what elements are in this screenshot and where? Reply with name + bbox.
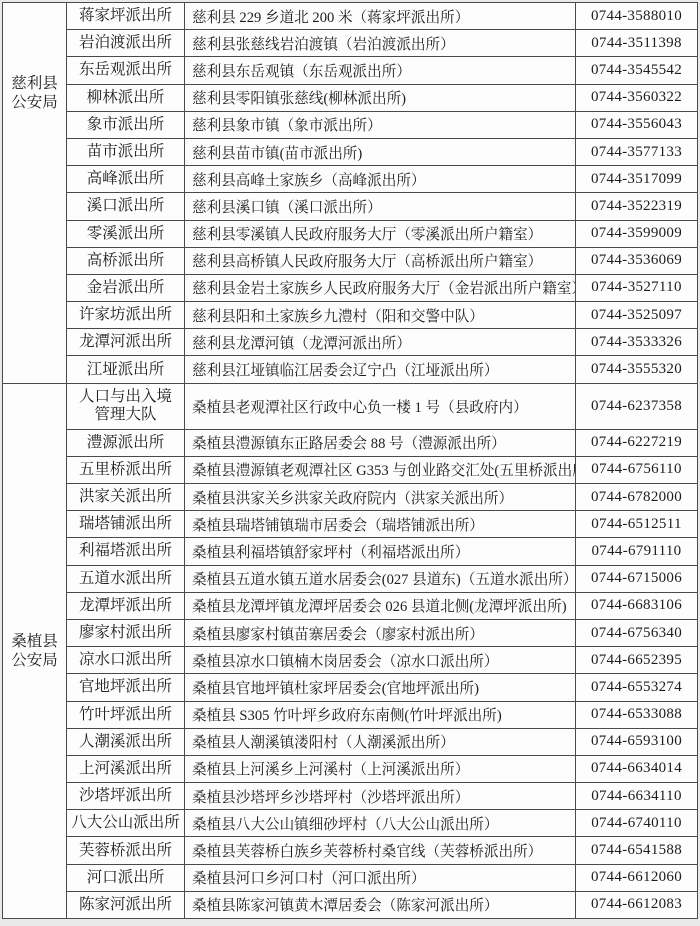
phone-cell-text: 0744-6541588	[591, 842, 682, 859]
address-cell-text: 慈利县零阳镇张慈线(柳林派出所)	[192, 87, 406, 108]
phone-cell: 0744-3545542	[576, 57, 698, 84]
station-cell: 凉水口派出所	[67, 647, 185, 674]
address-cell: 慈利县零阳镇张慈线(柳林派出所)	[185, 85, 576, 112]
station-cell: 象市派出所	[67, 112, 185, 139]
address-cell-text: 慈利县高峰土家族乡（高峰派出所）	[192, 169, 426, 190]
station-cell-text: 八大公山派出所	[71, 814, 180, 832]
address-cell: 慈利县龙潭河镇（龙潭河派出所）	[185, 329, 576, 356]
phone-cell: 0744-3527110	[576, 275, 698, 302]
station-cell-text: 龙潭坪派出所	[79, 597, 172, 615]
bureau-label: 桑植县公安局	[11, 632, 58, 670]
station-cell: 沙塔坪派出所	[67, 783, 185, 810]
address-cell: 桑植县 S305 竹叶坪乡政府东南侧(竹叶坪派出所)	[185, 702, 576, 729]
station-cell: 洪家关派出所	[67, 484, 185, 511]
phone-cell-text: 0744-3525097	[591, 307, 682, 324]
phone-cell: 0744-3511398	[576, 30, 698, 57]
address-cell-text: 桑植县廖家村镇苗寨居委会（廖家村派出所）	[192, 623, 484, 644]
address-cell-text: 慈利县苗市镇(苗市派出所)	[192, 142, 362, 163]
address-cell-text: 桑植县澧源镇东正路居委会 88 号（澧源派出所）	[192, 432, 506, 453]
station-cell-text: 象市派出所	[87, 116, 165, 134]
address-cell-text: 慈利县 229 乡道北 200 米（蒋家坪派出所）	[192, 6, 469, 27]
station-cell: 廖家村派出所	[67, 620, 185, 647]
address-cell: 桑植县龙潭坪镇龙潭坪居委会 026 县道北侧(龙潭坪派出所)	[185, 593, 576, 620]
address-cell-text: 慈利县零溪镇人民政府服务大厅（零溪派出所户籍室）	[192, 223, 542, 244]
station-cell-text: 零溪派出所	[87, 225, 165, 243]
station-cell-text: 高桥派出所	[87, 252, 165, 270]
station-cell: 高峰派出所	[67, 166, 185, 193]
address-cell: 桑植县人潮溪镇溇阳村（人潮溪派出所）	[185, 729, 576, 756]
station-cell: 五道水派出所	[67, 566, 185, 593]
address-cell: 桑植县沙塔坪乡沙塔坪村（沙塔坪派出所）	[185, 783, 576, 810]
station-cell-text: 龙潭河派出所	[79, 333, 172, 351]
phone-cell: 0744-6634014	[576, 756, 698, 783]
address-cell: 慈利县溪口镇（溪口派出所）	[185, 193, 576, 220]
station-cell: 龙潭河派出所	[67, 329, 185, 356]
phone-cell-text: 0744-3588010	[591, 8, 682, 25]
phone-cell-text: 0744-6756110	[591, 461, 682, 478]
station-cell-text: 许家坊派出所	[79, 306, 172, 324]
phone-cell-text: 0744-6593100	[591, 733, 682, 750]
document-page: 慈利县公安局蒋家坪派出所慈利县 229 乡道北 200 米（蒋家坪派出所）074…	[0, 0, 700, 926]
address-cell: 桑植县老观潭社区行政中心负一楼 1 号（县政府内）	[185, 384, 576, 430]
phone-cell: 0744-3577133	[576, 139, 698, 166]
station-cell-text: 东岳观派出所	[79, 61, 172, 79]
phone-cell-text: 0744-6553274	[591, 679, 682, 696]
phone-cell: 0744-3525097	[576, 302, 698, 329]
address-cell: 慈利县高峰土家族乡（高峰派出所）	[185, 166, 576, 193]
station-cell-text: 凉水口派出所	[79, 651, 172, 669]
phone-cell-text: 0744-6683106	[591, 597, 682, 614]
station-cell-text: 溪口派出所	[87, 197, 165, 215]
station-cell: 上河溪派出所	[67, 756, 185, 783]
address-cell: 桑植县陈家河镇黄木潭居委会（陈家河派出所）	[185, 892, 576, 919]
phone-cell-text: 0744-3522319	[591, 198, 682, 215]
address-cell-text: 桑植县官地坪镇杜家坪居委会(官地坪派出所)	[192, 677, 479, 698]
phone-cell: 0744-6541588	[576, 837, 698, 864]
address-cell-text: 慈利县龙潭河镇（龙潭河派出所）	[192, 332, 411, 353]
station-cell-text: 人口与出入境 管理大队	[79, 388, 172, 424]
address-cell-text: 桑植县人潮溪镇溇阳村（人潮溪派出所）	[192, 731, 455, 752]
phone-cell-text: 0744-3555320	[591, 361, 682, 378]
station-cell-text: 高峰派出所	[87, 170, 165, 188]
station-cell-text: 沙塔坪派出所	[79, 787, 172, 805]
address-cell-text: 桑植县五道水镇五道水居委会(027 县道东)（五道水派出所）	[192, 568, 576, 589]
phone-cell: 0744-3588010	[576, 3, 698, 30]
phone-cell: 0744-6715006	[576, 566, 698, 593]
address-cell-text: 慈利县东岳观镇（东岳观派出所）	[192, 60, 411, 81]
station-cell: 五里桥派出所	[67, 457, 185, 484]
address-cell: 桑植县利福塔镇舒家坪村（利福塔派出所）	[185, 538, 576, 565]
station-cell: 竹叶坪派出所	[67, 702, 185, 729]
phone-cell-text: 0744-6740110	[591, 815, 682, 832]
phone-cell-text: 0744-6652395	[591, 652, 682, 669]
phone-cell: 0744-6683106	[576, 593, 698, 620]
phone-cell: 0744-6652395	[576, 647, 698, 674]
station-cell: 高桥派出所	[67, 248, 185, 275]
station-cell: 柳林派出所	[67, 85, 185, 112]
phone-cell: 0744-3556043	[576, 112, 698, 139]
station-cell-text: 江垭派出所	[87, 361, 165, 379]
address-cell-text: 慈利县高桥镇人民政府服务大厅（高桥派出所户籍室）	[192, 250, 542, 271]
station-cell: 龙潭坪派出所	[67, 593, 185, 620]
address-cell: 慈利县零溪镇人民政府服务大厅（零溪派出所户籍室）	[185, 221, 576, 248]
station-cell-text: 澧源派出所	[87, 434, 165, 452]
phone-cell-text: 0744-3599009	[591, 225, 682, 242]
station-cell-text: 廖家村派出所	[79, 624, 172, 642]
phone-cell: 0744-6237358	[576, 384, 698, 430]
phone-cell-text: 0744-6715006	[591, 570, 682, 587]
phone-cell: 0744-6756340	[576, 620, 698, 647]
phone-cell: 0744-6791110	[576, 538, 698, 565]
address-cell-text: 桑植县河口乡河口村（河口派出所）	[192, 867, 426, 888]
phone-cell-text: 0744-3577133	[591, 144, 682, 161]
station-cell: 澧源派出所	[67, 430, 185, 457]
phone-cell-text: 0744-6634110	[591, 788, 682, 805]
address-cell: 慈利县苗市镇(苗市派出所)	[185, 139, 576, 166]
address-cell-text: 慈利县江垭镇临江居委会辽宁凸（江垭派出所）	[192, 359, 498, 380]
address-cell: 桑植县澧源镇东正路居委会 88 号（澧源派出所）	[185, 430, 576, 457]
address-cell-text: 桑植县凉水口镇楠木岗居委会（凉水口派出所）	[192, 650, 498, 671]
station-cell-text: 柳林派出所	[87, 89, 165, 107]
address-cell-text: 桑植县 S305 竹叶坪乡政府东南侧(竹叶坪派出所)	[192, 704, 502, 725]
address-cell: 桑植县凉水口镇楠木岗居委会（凉水口派出所）	[185, 647, 576, 674]
phone-cell: 0744-6612083	[576, 892, 698, 919]
address-cell: 慈利县阳和土家族乡九澧村（阳和交警中队）	[185, 302, 576, 329]
station-cell-text: 芙蓉桥派出所	[79, 842, 172, 860]
address-cell: 桑植县廖家村镇苗寨居委会（廖家村派出所）	[185, 620, 576, 647]
phone-cell: 0744-3533326	[576, 329, 698, 356]
phone-cell-text: 0744-3517099	[591, 171, 682, 188]
address-cell: 慈利县江垭镇临江居委会辽宁凸（江垭派出所）	[185, 356, 576, 383]
address-cell-text: 慈利县张慈线岩泊渡镇（岩泊渡派出所）	[192, 33, 455, 54]
phone-cell: 0744-6634110	[576, 783, 698, 810]
address-cell-text: 慈利县溪口镇（溪口派出所）	[192, 196, 382, 217]
phone-cell: 0744-6533088	[576, 702, 698, 729]
station-cell: 东岳观派出所	[67, 57, 185, 84]
bureau-label: 慈利县公安局	[11, 74, 58, 112]
station-cell: 利福塔派出所	[67, 538, 185, 565]
address-cell-text: 桑植县老观潭社区行政中心负一楼 1 号（县政府内）	[192, 396, 528, 417]
phone-cell-text: 0744-6791110	[592, 543, 682, 560]
phone-cell-text: 0744-6237358	[591, 398, 682, 415]
address-cell-text: 桑植县芙蓉桥白族乡芙蓉桥村桑官线（芙蓉桥派出所）	[192, 840, 542, 861]
phone-cell-text: 0744-6634014	[591, 760, 682, 777]
phone-cell: 0744-6553274	[576, 674, 698, 701]
station-cell-text: 瑞塔铺派出所	[79, 515, 172, 533]
address-cell: 桑植县官地坪镇杜家坪居委会(官地坪派出所)	[185, 674, 576, 701]
station-cell: 溪口派出所	[67, 193, 185, 220]
phone-cell-text: 0744-6782000	[591, 489, 682, 506]
station-cell: 金岩派出所	[67, 275, 185, 302]
phone-cell-text: 0744-6512511	[591, 516, 682, 533]
phone-cell-text: 0744-6227219	[591, 434, 682, 451]
phone-cell-text: 0744-3527110	[591, 279, 682, 296]
phone-cell: 0744-6227219	[576, 430, 698, 457]
station-cell: 芙蓉桥派出所	[67, 837, 185, 864]
station-cell: 官地坪派出所	[67, 674, 185, 701]
phone-cell: 0744-6782000	[576, 484, 698, 511]
phone-cell: 0744-6512511	[576, 511, 698, 538]
station-cell-text: 陈家河派出所	[79, 896, 172, 914]
station-cell-text: 竹叶坪派出所	[79, 706, 172, 724]
phone-cell: 0744-3560322	[576, 85, 698, 112]
address-cell: 慈利县东岳观镇（东岳观派出所）	[185, 57, 576, 84]
address-cell-text: 桑植县利福塔镇舒家坪村（利福塔派出所）	[192, 541, 469, 562]
phone-cell-text: 0744-6756340	[591, 625, 682, 642]
address-cell-text: 桑植县瑞塔铺镇瑞市居委会（瑞塔铺派出所）	[192, 514, 484, 535]
address-cell-text: 桑植县澧源镇老观潭社区 G353 与创业路交汇处(五里桥派出所)	[192, 459, 576, 480]
phone-cell-text: 0744-6612083	[591, 896, 682, 913]
address-cell-text: 桑植县陈家河镇黄木潭居委会（陈家河派出所）	[192, 894, 498, 915]
bureau-cell: 慈利县公安局	[3, 3, 67, 384]
station-cell: 苗市派出所	[67, 139, 185, 166]
phone-cell: 0744-6612060	[576, 865, 698, 892]
station-cell: 陈家河派出所	[67, 892, 185, 919]
address-cell: 慈利县象市镇（象市派出所）	[185, 112, 576, 139]
address-cell-text: 慈利县金岩土家族乡人民政府服务大厅（金岩派出所户籍室）	[192, 277, 576, 298]
phone-cell: 0744-3536069	[576, 248, 698, 275]
station-cell-text: 官地坪派出所	[79, 678, 172, 696]
station-cell: 蒋家坪派出所	[67, 3, 185, 30]
station-cell-text: 河口派出所	[87, 869, 165, 887]
address-cell: 慈利县 229 乡道北 200 米（蒋家坪派出所）	[185, 3, 576, 30]
station-cell-text: 岩泊渡派出所	[79, 34, 172, 52]
station-cell-text: 蒋家坪派出所	[79, 7, 172, 25]
phone-cell: 0744-3599009	[576, 221, 698, 248]
address-cell-text: 桑植县上河溪乡上河溪村（上河溪派出所）	[192, 758, 469, 779]
address-cell: 桑植县芙蓉桥白族乡芙蓉桥村桑官线（芙蓉桥派出所）	[185, 837, 576, 864]
address-cell: 慈利县金岩土家族乡人民政府服务大厅（金岩派出所户籍室）	[185, 275, 576, 302]
phone-cell: 0744-6756110	[576, 457, 698, 484]
station-cell-text: 金岩派出所	[87, 279, 165, 297]
phone-cell-text: 0744-3560322	[591, 89, 682, 106]
phone-cell-text: 0744-3536069	[591, 252, 682, 269]
phone-cell: 0744-3517099	[576, 166, 698, 193]
address-cell-text: 桑植县龙潭坪镇龙潭坪居委会 026 县道北侧(龙潭坪派出所)	[192, 595, 567, 616]
phone-cell: 0744-3555320	[576, 356, 698, 383]
address-cell: 桑植县五道水镇五道水居委会(027 县道东)（五道水派出所）	[185, 566, 576, 593]
address-cell: 桑植县八大公山镇细砂坪村（八大公山派出所）	[185, 810, 576, 837]
station-cell: 八大公山派出所	[67, 810, 185, 837]
address-cell: 慈利县张慈线岩泊渡镇（岩泊渡派出所）	[185, 30, 576, 57]
station-cell: 岩泊渡派出所	[67, 30, 185, 57]
police-contact-table: 慈利县公安局蒋家坪派出所慈利县 229 乡道北 200 米（蒋家坪派出所）074…	[2, 2, 698, 919]
address-cell: 桑植县洪家关乡洪家关政府院内（洪家关派出所）	[185, 484, 576, 511]
phone-cell-text: 0744-3511398	[591, 35, 682, 52]
address-cell-text: 桑植县沙塔坪乡沙塔坪村（沙塔坪派出所）	[192, 786, 469, 807]
address-cell: 桑植县澧源镇老观潭社区 G353 与创业路交汇处(五里桥派出所)	[185, 457, 576, 484]
station-cell-text: 五道水派出所	[79, 570, 172, 588]
address-cell-text: 慈利县象市镇（象市派出所）	[192, 114, 382, 135]
phone-cell-text: 0744-3556043	[591, 116, 682, 133]
address-cell: 桑植县河口乡河口村（河口派出所）	[185, 865, 576, 892]
phone-cell-text: 0744-3545542	[591, 62, 682, 79]
station-cell: 河口派出所	[67, 865, 185, 892]
phone-cell: 0744-6593100	[576, 729, 698, 756]
address-cell-text: 桑植县洪家关乡洪家关政府院内（洪家关派出所）	[192, 487, 513, 508]
station-cell: 瑞塔铺派出所	[67, 511, 185, 538]
station-cell-text: 五里桥派出所	[79, 461, 172, 479]
station-cell-text: 洪家关派出所	[79, 488, 172, 506]
station-cell: 许家坊派出所	[67, 302, 185, 329]
address-cell: 桑植县上河溪乡上河溪村（上河溪派出所）	[185, 756, 576, 783]
station-cell-text: 人潮溪派出所	[79, 733, 172, 751]
station-cell: 江垭派出所	[67, 356, 185, 383]
station-cell-text: 利福塔派出所	[79, 542, 172, 560]
phone-cell: 0744-6740110	[576, 810, 698, 837]
address-cell: 慈利县高桥镇人民政府服务大厅（高桥派出所户籍室）	[185, 248, 576, 275]
address-cell-text: 慈利县阳和土家族乡九澧村（阳和交警中队）	[192, 305, 484, 326]
bureau-cell: 桑植县公安局	[3, 384, 67, 919]
station-cell: 人潮溪派出所	[67, 729, 185, 756]
station-cell: 人口与出入境 管理大队	[67, 384, 185, 430]
phone-cell-text: 0744-6612060	[591, 869, 682, 886]
phone-cell: 0744-3522319	[576, 193, 698, 220]
station-cell-text: 上河溪派出所	[79, 760, 172, 778]
phone-cell-text: 0744-3533326	[591, 334, 682, 351]
station-cell: 零溪派出所	[67, 221, 185, 248]
phone-cell-text: 0744-6533088	[591, 706, 682, 723]
address-cell: 桑植县瑞塔铺镇瑞市居委会（瑞塔铺派出所）	[185, 511, 576, 538]
station-cell-text: 苗市派出所	[87, 143, 165, 161]
address-cell-text: 桑植县八大公山镇细砂坪村（八大公山派出所）	[192, 813, 498, 834]
